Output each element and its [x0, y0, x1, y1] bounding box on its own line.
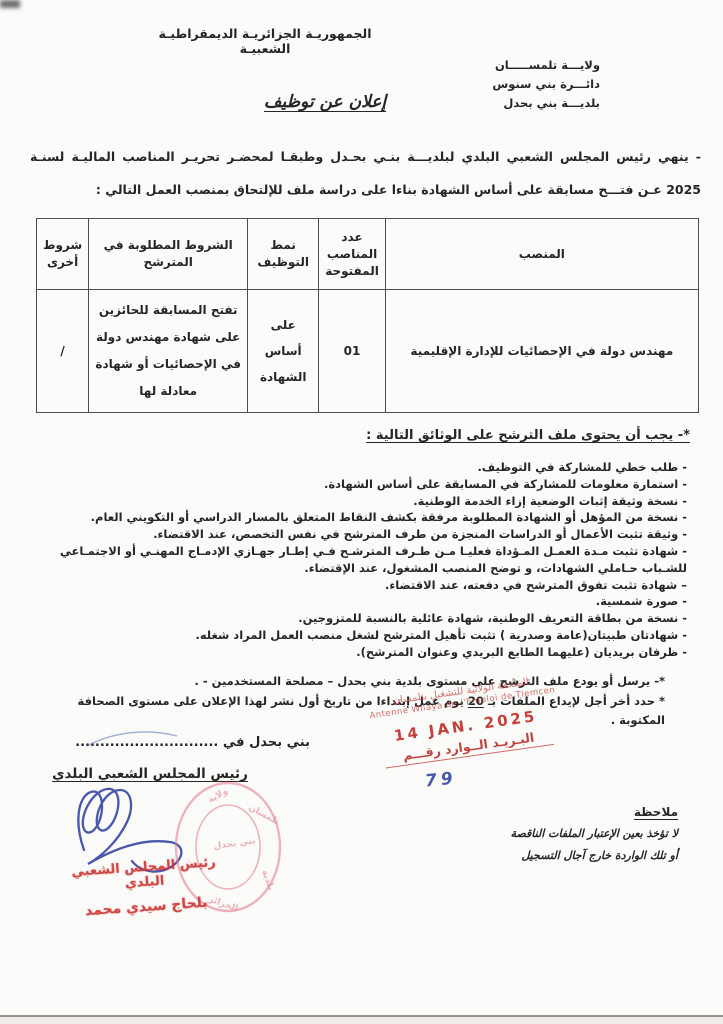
svg-text:بلدية: بلدية — [259, 869, 276, 892]
cell-required-conditions: تفتح المسابقة للحائزين على شهادة مهندس د… — [89, 290, 248, 413]
list-item: - طلب خطي للمشاركة في التوظيف. — [40, 459, 687, 476]
header-other-conditions: شروط أخرى — [37, 219, 89, 290]
list-item: - نسخة وثيقة إثبات الوضعية إزاء الخدمة ا… — [40, 493, 687, 510]
table-row: مهندس دولة في الإحصائيات للإدارة الإقليم… — [37, 290, 699, 413]
commune-line: بلديـــة بني بحدل — [492, 94, 600, 113]
scan-bottom-strip — [0, 1017, 723, 1024]
list-item: - صورة شمسية. — [40, 593, 687, 610]
list-item: – شهادة تثبت تفوق المترشح في دفعته، عند … — [40, 577, 687, 594]
cell-other-conditions: / — [37, 290, 89, 413]
note-line: أو تلك الواردة خارج آجال التسجيل — [511, 845, 678, 867]
list-item: - شهادتان طبيتان(عامة وصدرية ) تثبت تأهي… — [40, 627, 687, 644]
header-open-positions-count: عدد المناصب المفتوحة — [319, 219, 386, 290]
documents-heading: *- يجب أن يحتوى ملف الترشح على الوثائق ا… — [366, 428, 690, 443]
header-required-conditions: الشروط المطلوبة في المترشح — [89, 219, 248, 290]
scan-corner-smudge — [0, 0, 20, 8]
list-item: - ظرفان بريديان (عليهما الطابع البريدي و… — [40, 644, 687, 661]
page-title: إعلان عن توظيف — [250, 92, 400, 112]
cell-recruitment-mode: على أساس الشهادة — [248, 290, 319, 413]
svg-text:ولاية: ولاية — [207, 786, 230, 805]
pen-stroke — [85, 726, 180, 750]
cell-post: مهندس دولة في الإحصائيات للإدارة الإقليم… — [385, 290, 698, 413]
documents-list: - طلب خطي للمشاركة في التوظيف. - استمارة… — [40, 459, 687, 661]
header-recruitment-mode: نمط التوظيف — [248, 219, 319, 290]
list-item: - نسخة من المؤهل أو الشهادة المطلوبة مرف… — [40, 509, 687, 526]
list-item: - استمارة معلومات للمشاركة في المسابقة ع… — [40, 476, 687, 493]
intro-paragraph: - ينهي رئيس المجلس الشعبي البلدي لبلديــ… — [30, 140, 701, 206]
note-block: ملاحظة لا تؤخذ بعين الإعتبار الملفات الن… — [511, 801, 678, 867]
cell-open-positions-count: 01 — [319, 290, 386, 413]
republic-title: الجمهوريـة الجزائريـة الديمقراطيـة الشعب… — [150, 26, 380, 56]
list-item: - نسخة من بطاقة التعريف الوطنية، شهادة ع… — [40, 610, 687, 627]
daira-line: دائـــرة بني سنوس — [492, 75, 600, 94]
wilaya-line: ولايـــة تلمســـــان — [492, 56, 600, 75]
handwritten-mail-number: 79 — [424, 768, 458, 791]
note-line: لا تؤخذ بعين الإعتبار الملفات الناقصة — [511, 823, 678, 845]
note-heading: ملاحظة — [511, 801, 678, 823]
header-post: المنصب — [385, 219, 698, 290]
list-item: - شهادة تثبت مـدة العمـل المـؤداة فعليـا… — [40, 543, 687, 577]
list-item: - وثيقة تثبت الأعمال أو الدراسات المنجزة… — [40, 526, 687, 543]
administrative-block: ولايـــة تلمســـــان دائـــرة بني سنوس ب… — [492, 56, 600, 113]
svg-text:تلمسان: تلمسان — [247, 803, 281, 827]
table-header-row: المنصب عدد المناصب المفتوحة نمط التوظيف … — [37, 219, 699, 290]
positions-table: المنصب عدد المناصب المفتوحة نمط التوظيف … — [36, 218, 699, 413]
svg-text:بني بحدل: بني بحدل — [213, 836, 256, 852]
